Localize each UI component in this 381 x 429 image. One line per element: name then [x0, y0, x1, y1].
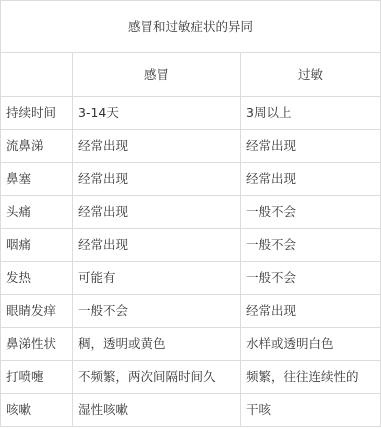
cold-cell: 经常出现 — [73, 229, 241, 262]
allergy-cell: 经常出现 — [241, 163, 381, 196]
allergy-cell: 干咳 — [241, 394, 381, 427]
symptom-cell: 发热 — [1, 262, 73, 295]
table-row: 头痛 经常出现 一般不会 — [1, 196, 381, 229]
allergy-cell: 一般不会 — [241, 229, 381, 262]
header-symptom — [1, 53, 73, 97]
symptom-cell: 打喷嚏 — [1, 361, 73, 394]
symptom-cell: 咽痛 — [1, 229, 73, 262]
symptom-cell: 咳嗽 — [1, 394, 73, 427]
cold-cell: 经常出现 — [73, 130, 241, 163]
header-row: 感冒 过敏 — [1, 53, 381, 97]
symptom-cell: 鼻塞 — [1, 163, 73, 196]
allergy-cell: 频繁，往往连续性的 — [241, 361, 381, 394]
symptom-cell: 流鼻涕 — [1, 130, 73, 163]
symptom-cell: 持续时间 — [1, 97, 73, 130]
cold-cell: 一般不会 — [73, 295, 241, 328]
cold-cell: 经常出现 — [73, 196, 241, 229]
cold-cell: 可能有 — [73, 262, 241, 295]
table-row: 持续时间 3-14天 3周以上 — [1, 97, 381, 130]
cold-cell: 稠，透明或黄色 — [73, 328, 241, 361]
table-row: 打喷嚏 不频繁，两次间隔时间久 频繁，往往连续性的 — [1, 361, 381, 394]
table-row: 发热 可能有 一般不会 — [1, 262, 381, 295]
cold-cell: 3-14天 — [73, 97, 241, 130]
cold-cell: 湿性咳嗽 — [73, 394, 241, 427]
allergy-cell: 经常出现 — [241, 295, 381, 328]
table-row: 鼻塞 经常出现 经常出现 — [1, 163, 381, 196]
table-title: 感冒和过敏症状的异同 — [1, 1, 381, 53]
symptom-cell: 头痛 — [1, 196, 73, 229]
table-row: 咽痛 经常出现 一般不会 — [1, 229, 381, 262]
table-row: 鼻涕性状 稠，透明或黄色 水样或透明白色 — [1, 328, 381, 361]
header-cold: 感冒 — [73, 53, 241, 97]
allergy-cell: 一般不会 — [241, 196, 381, 229]
table-row: 流鼻涕 经常出现 经常出现 — [1, 130, 381, 163]
cold-cell: 不频繁，两次间隔时间久 — [73, 361, 241, 394]
allergy-cell: 3周以上 — [241, 97, 381, 130]
symptom-cell: 鼻涕性状 — [1, 328, 73, 361]
allergy-cell: 水样或透明白色 — [241, 328, 381, 361]
cold-vs-allergy-table: 感冒和过敏症状的异同 感冒 过敏 持续时间 3-14天 3周以上 流鼻涕 经常出… — [0, 0, 381, 427]
cold-cell: 经常出现 — [73, 163, 241, 196]
symptom-cell: 眼睛发痒 — [1, 295, 73, 328]
table-row: 眼睛发痒 一般不会 经常出现 — [1, 295, 381, 328]
table-row: 咳嗽 湿性咳嗽 干咳 — [1, 394, 381, 427]
allergy-cell: 一般不会 — [241, 262, 381, 295]
allergy-cell: 经常出现 — [241, 130, 381, 163]
title-row: 感冒和过敏症状的异同 — [1, 1, 381, 53]
header-allergy: 过敏 — [241, 53, 381, 97]
